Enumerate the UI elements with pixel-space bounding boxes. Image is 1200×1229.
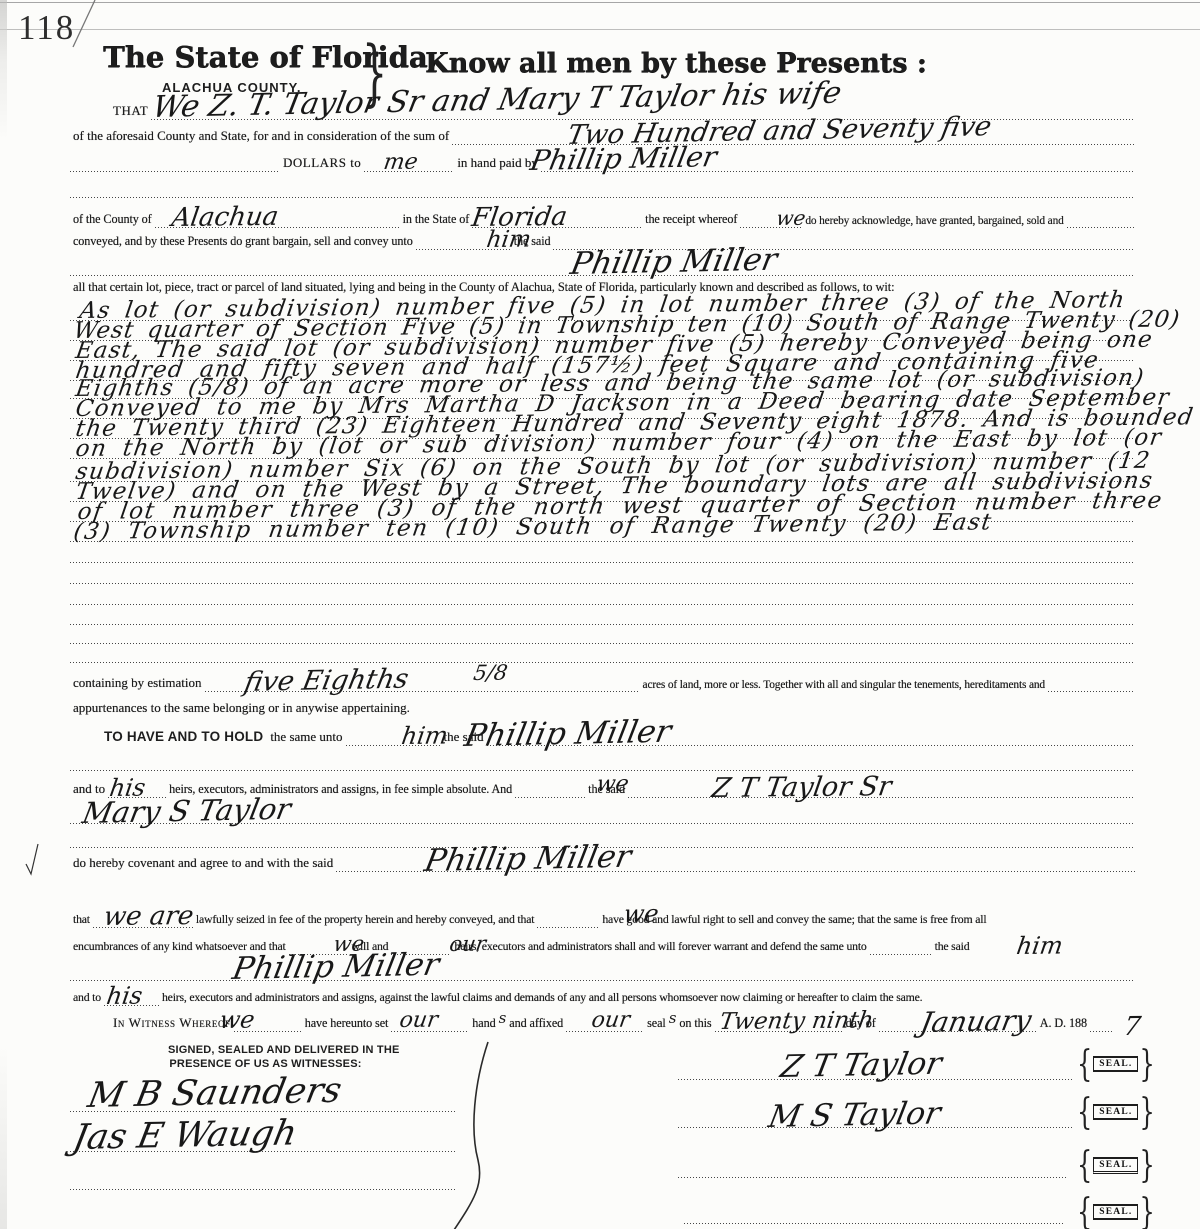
dollars-to-handwriting: me	[382, 152, 419, 174]
page-number: 118	[18, 8, 75, 48]
seal-text: SEAL.	[1093, 1056, 1138, 1072]
dotted-rule	[70, 597, 1135, 605]
seal-brace-left: {	[1077, 1194, 1092, 1229]
defend-rest-label: heirs, executors and administrators and …	[159, 990, 925, 1006]
encumbrances-line: encumbrances of any kind whatsoever and …	[70, 929, 1135, 955]
deed-document-page: 118 The State of Florida, } ALACHUA COUN…	[0, 0, 1200, 1229]
consideration-label: of the aforesaid County and State, for a…	[70, 128, 452, 145]
seal-plural-handwriting: s	[669, 1011, 677, 1032]
covenant-label: do hereby covenant and agree to and with…	[70, 855, 336, 872]
containing-label: containing by estimation	[70, 675, 205, 692]
witness2-signature-handwriting: Jas E Waugh	[70, 1116, 300, 1156]
witness-signature-line: Jas E Waugh	[70, 1126, 455, 1152]
scan-edge-shadow	[0, 0, 7, 1229]
signer2-signature-handwriting: M S Taylor	[766, 1098, 943, 1133]
blank-line	[70, 566, 1135, 584]
seal-brace-left: {	[1077, 1147, 1092, 1183]
paid-by-label: in hand paid by	[454, 155, 541, 172]
scan-artifact-line	[0, 29, 1200, 30]
seal-text: SEAL.	[1093, 1157, 1138, 1174]
convey-him-handwriting: him	[485, 229, 532, 252]
witness-heading-line2: PRESENCE OF US AS WITNESSES:	[168, 1056, 363, 1070]
consideration-line: of the aforesaid County and State, for a…	[70, 121, 1135, 145]
witness-signature-line: M B Saunders	[70, 1086, 455, 1112]
dotted-rule	[1067, 220, 1135, 228]
witness-whereof-label: In Witness Whereof	[110, 1015, 234, 1032]
witness-heading-line1: SIGNED, SEALED AND DELIVERED IN THE	[168, 1044, 363, 1056]
seized-label: lawfully seized in fee of the property h…	[193, 912, 537, 928]
month-handwriting: January	[918, 1007, 1034, 1037]
dotted-rule	[70, 555, 1135, 563]
seal-label: seal	[644, 1016, 669, 1032]
year-handwriting: 7	[1122, 1014, 1142, 1040]
margin-check-mark	[24, 842, 40, 878]
witness-bracket-stroke	[452, 1042, 512, 1229]
to-have-label: TO HAVE AND TO HOLD	[102, 729, 267, 746]
we-are-handwriting: we are	[102, 903, 195, 930]
dotted-rule	[1048, 684, 1135, 692]
signer-line	[684, 1206, 1064, 1224]
defend-line: and to heirs, executors and administrato…	[70, 984, 1135, 1006]
seal-stamp: { SEAL. }	[1077, 1100, 1155, 1124]
to-have-rest-label: the same unto	[267, 729, 345, 746]
warrant-name-line: Phillip Miller	[70, 954, 1135, 981]
dotted-rule	[515, 790, 585, 798]
state-title: The State of Florida,	[103, 40, 438, 74]
receipt-rest-label: do hereby acknowledge, have granted, bar…	[802, 215, 1066, 228]
paid-by-name-handwriting: Phillip Miller	[528, 143, 719, 175]
description-line: (3) Township number ten (10) South of Ra…	[70, 521, 1135, 542]
dotted-rule	[70, 164, 280, 172]
seal-brace-right: }	[1139, 1194, 1154, 1229]
blank-line	[70, 751, 1135, 771]
grantor2-sig-handwriting: Mary S Taylor	[80, 795, 293, 828]
convey-label: conveyed, and by these Presents do grant…	[70, 234, 416, 250]
blank-line	[70, 1172, 455, 1190]
we-handwriting: we	[595, 774, 630, 796]
blank-line	[70, 607, 1135, 625]
scan-artifact-line	[0, 2, 1200, 3]
containing-rest-label: acres of land, more or less. Together wi…	[640, 679, 1048, 692]
set-label: have hereunto set	[302, 1016, 392, 1032]
seal-brace-left: {	[1077, 1046, 1092, 1082]
receipt-we-handwriting: we	[775, 208, 807, 228]
dotted-rule	[70, 763, 1135, 771]
dollars-label: DOLLARS to	[280, 155, 364, 172]
seal-text: SEAL.	[1093, 1204, 1138, 1220]
day-handwriting: Twenty ninth	[718, 1009, 875, 1034]
that-label2: that	[70, 912, 93, 928]
grantor2-line: Mary S Taylor	[70, 798, 1135, 824]
dotted-rule	[70, 636, 1135, 644]
covenant-line: do hereby covenant and agree to and with…	[70, 846, 1135, 872]
seized-line: that lawfully seized in fee of the prope…	[70, 902, 1135, 928]
signer1-signature-handwriting: Z T Taylor	[778, 1049, 944, 1083]
dotted-rule	[70, 617, 1135, 625]
blank-line	[70, 176, 1135, 198]
his2-handwriting: his	[105, 984, 144, 1008]
seal-brace-right: }	[1139, 1094, 1154, 1130]
containing-line: containing by estimation acres of land, …	[70, 666, 1135, 692]
dotted-rule	[1090, 1024, 1114, 1032]
and-to-label2: and to	[70, 990, 104, 1006]
seal-brace-right: }	[1139, 1046, 1154, 1082]
witness1-signature-handwriting: M B Saunders	[85, 1074, 344, 1114]
on-this-label: on this	[676, 1016, 714, 1032]
receipt-label: the receipt whereof	[642, 212, 740, 228]
dotted-rule	[684, 1216, 1064, 1224]
blank-line	[70, 587, 1135, 605]
appurtenances-label: appurtenances to the same belonging or i…	[70, 700, 413, 717]
hand-label: hand	[469, 1016, 498, 1032]
dotted-rule	[678, 1170, 1066, 1178]
dotted-rule	[70, 973, 1135, 981]
dotted-rule	[70, 1182, 455, 1190]
signer-line	[678, 1160, 1066, 1178]
grantee-name2-handwriting: Phillip Miller	[462, 717, 674, 752]
hand-plural-handwriting: s	[499, 1011, 507, 1032]
county-label: of the County of	[70, 212, 155, 228]
we2-handwriting: we	[622, 902, 660, 926]
county-handwriting: Alachua	[170, 204, 280, 231]
containing-fraction-handwriting: 5/8	[472, 663, 509, 684]
grantee-line: Phillip Miller	[70, 250, 1135, 276]
ad-label: A. D. 188	[1037, 1016, 1090, 1032]
signer-line: M S Taylor	[678, 1102, 1072, 1128]
blank-line	[70, 545, 1135, 563]
state-label: in the State of	[400, 212, 473, 228]
county-state-line: of the County of in the State of the rec…	[70, 202, 1135, 228]
warrant-name-handwriting: Phillip Miller	[230, 950, 442, 985]
warrant-label: heirs, executors and administrators shal…	[451, 939, 869, 955]
the-said-label2: the said	[932, 939, 973, 955]
witness-we-handwriting: we	[218, 1008, 256, 1032]
containing-amount-handwriting: five Eighths	[242, 666, 411, 696]
dotted-rule	[70, 655, 1135, 663]
to-have-line: TO HAVE AND TO HOLD the same unto the sa…	[70, 720, 1135, 746]
affixed-label: and affixed	[506, 1016, 566, 1032]
signer-line: Z T Taylor	[678, 1054, 1074, 1080]
know-all-men-heading: Know all men by these Presents :	[425, 48, 927, 79]
dotted-rule	[70, 190, 1135, 198]
seal-stamp: { SEAL. }	[1077, 1153, 1155, 1177]
dollars-line: DOLLARS to in hand paid by me Phillip Mi…	[70, 148, 1135, 172]
dotted-rule	[537, 920, 599, 928]
blank-line	[70, 645, 1135, 663]
seal-stamp: { SEAL. }	[1077, 1200, 1155, 1224]
dotted-rule	[70, 576, 1135, 584]
that-label: THAT	[110, 103, 151, 120]
seal-brace-left: {	[1077, 1094, 1092, 1130]
our-hand-handwriting: our	[398, 1010, 439, 1032]
blank-line	[70, 626, 1135, 644]
our-seal-handwriting: our	[590, 1010, 631, 1032]
witness-whereof-line: In Witness Whereof have hereunto set han…	[70, 1006, 1135, 1032]
our-handwriting: our	[448, 934, 487, 955]
witness-heading: SIGNED, SEALED AND DELIVERED IN THE PRES…	[168, 1044, 363, 1070]
to-have-him-handwriting: him	[400, 724, 450, 748]
grantee-name-handwriting: Phillip Miller	[568, 245, 780, 280]
seal-stamp: { SEAL. }	[1077, 1052, 1155, 1076]
covenant-name-handwriting: Phillip Miller	[422, 842, 634, 877]
seal-text: SEAL.	[1093, 1104, 1138, 1120]
seal-brace-right: }	[1139, 1147, 1154, 1183]
